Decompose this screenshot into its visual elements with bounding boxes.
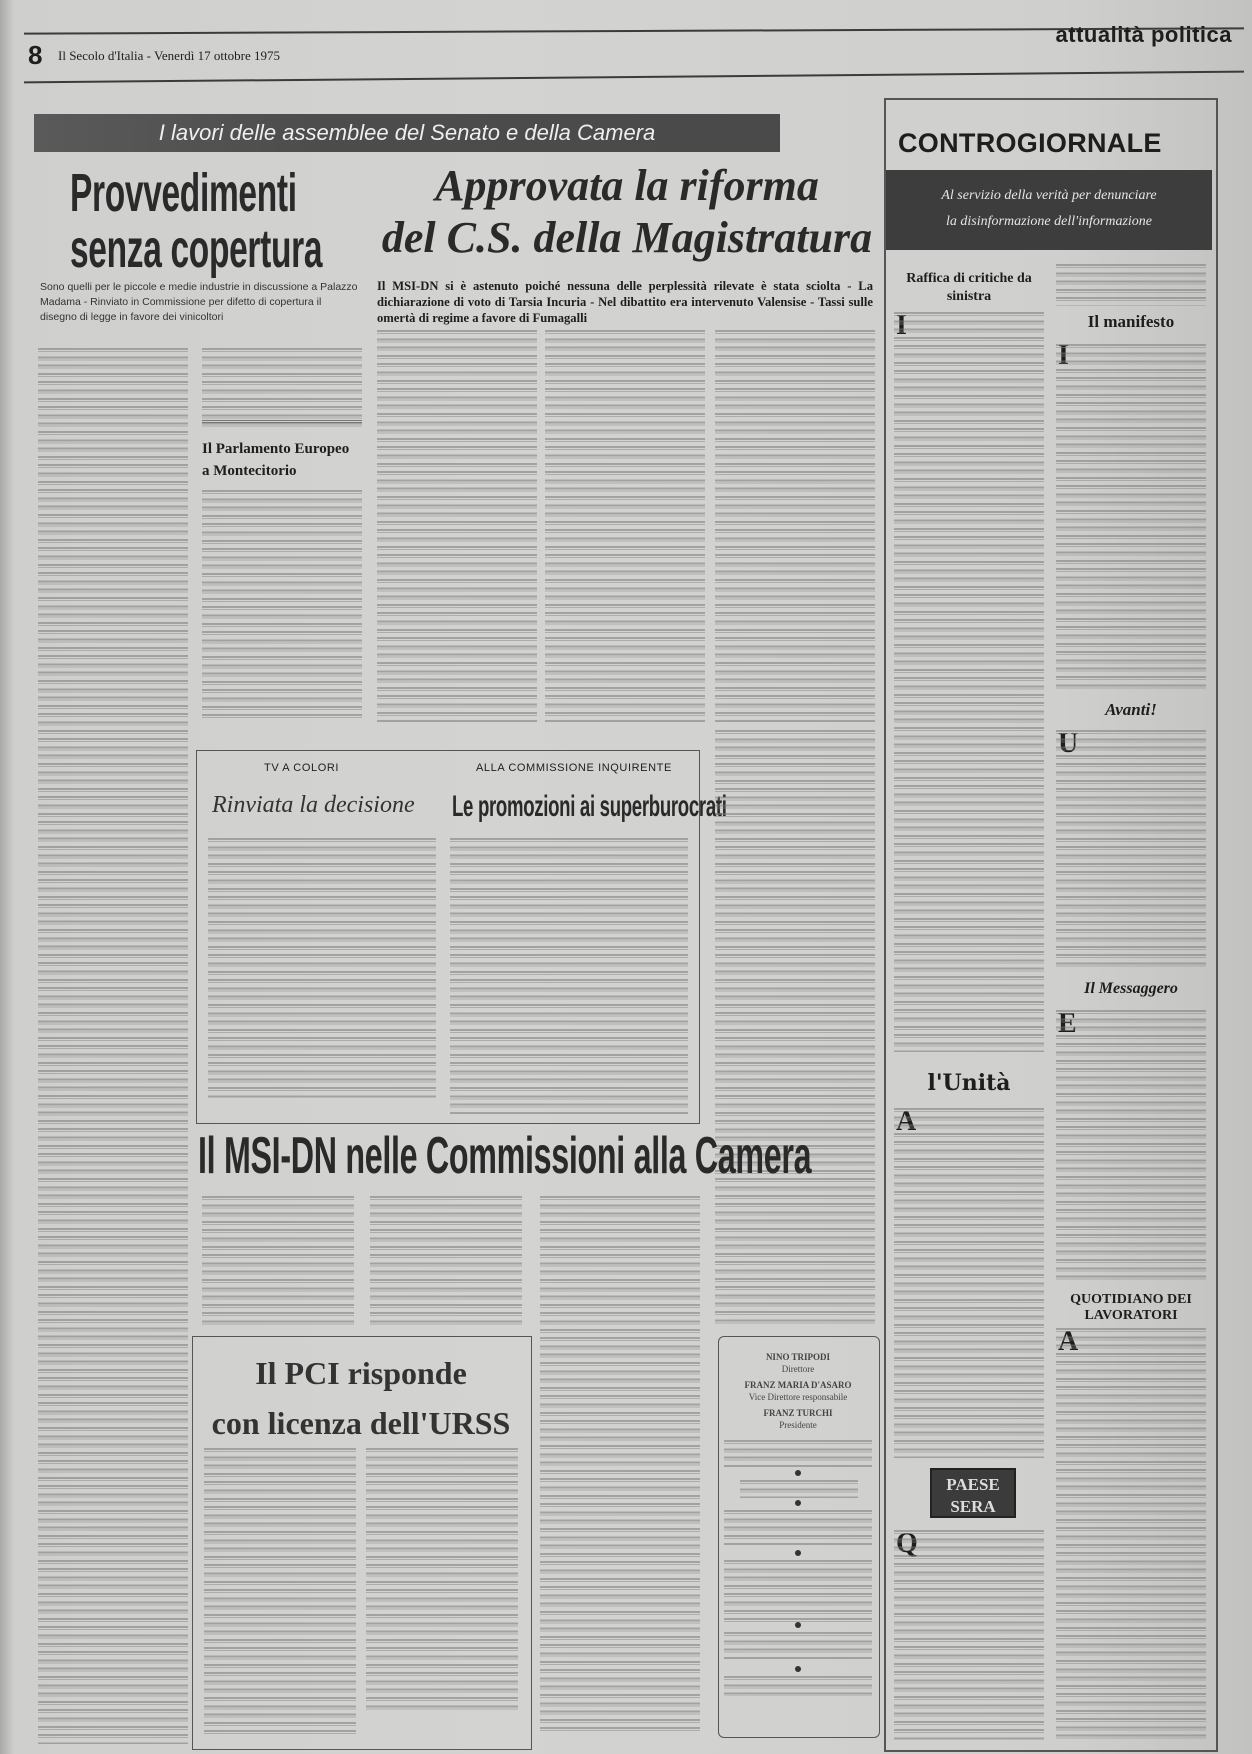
body-text-column [1056, 730, 1206, 970]
body-text-column [540, 1196, 700, 1732]
body-text-column [202, 348, 362, 428]
body-text-column [377, 330, 537, 722]
masthead-dateline: Il Secolo d'Italia - Venerdì 17 ottobre … [58, 48, 280, 64]
imprint-text [724, 1440, 872, 1468]
dek-provvedimenti: Sono quelli per le piccole e medie indus… [40, 280, 360, 325]
imprint-deputy-role: Vice Direttore responsabile [718, 1392, 878, 1402]
tagline-line: la disinformazione dell'informazione [886, 209, 1212, 235]
header-rule-bottom [24, 71, 1244, 84]
tagline-line: Al servizio della verità per denunciare [886, 183, 1212, 209]
bullet-icon [795, 1666, 801, 1672]
body-text-column [894, 1108, 1044, 1458]
body-text-column [202, 1196, 354, 1326]
body-text-column [366, 1448, 518, 1710]
headline-line: Approvata la riforma [372, 160, 882, 212]
imprint-third-role: Presidente [718, 1420, 878, 1430]
heading-unita: l'Unità [894, 1070, 1044, 1096]
body-text-column [1056, 1328, 1206, 1740]
page-number: 8 [28, 40, 42, 71]
kicker-commissione-inquirente: ALLA COMMISSIONE INQUIRENTE [476, 762, 672, 774]
headline-pci: Il PCI risponde con licenza dell'URSS [196, 1348, 526, 1448]
headline-line: Il Parlamento Europeo [202, 438, 349, 460]
body-text-column [208, 838, 436, 1098]
headline-line: senza copertura [70, 221, 322, 277]
heading-messaggero: Il Messaggero [1056, 980, 1206, 998]
divider [202, 420, 362, 423]
imprint-text [724, 1676, 872, 1696]
section-banner: I lavori delle assemblee del Senato e de… [34, 114, 780, 152]
body-text-column [715, 730, 875, 1326]
controgiornale-title: CONTROGIORNALE [898, 128, 1162, 159]
heading-manifesto: Il manifesto [1056, 312, 1206, 332]
headline-rinviata: Rinviata la decisione [212, 792, 415, 819]
body-text-column [545, 330, 705, 722]
body-text-column [38, 348, 188, 1744]
body-text-column [450, 838, 688, 1114]
headline-promozioni: Le promozioni ai superburocrati [452, 790, 727, 824]
headline-line: del C.S. della Magistratura [372, 212, 882, 264]
body-text-column [1056, 264, 1206, 306]
headline-provvedimenti: Provvedimenti senza copertura [70, 165, 322, 277]
imprint-text [724, 1632, 872, 1660]
heading-avanti: Avanti! [1056, 700, 1206, 720]
headline-line: Provvedimenti [70, 165, 322, 221]
newspaper-page: 8 Il Secolo d'Italia - Venerdì 17 ottobr… [0, 0, 1252, 1754]
bullet-icon [795, 1500, 801, 1506]
section-title: attualità politica [1056, 22, 1232, 48]
body-text-column [202, 490, 362, 722]
body-text-column [1056, 1010, 1206, 1280]
heading-raffica: Raffica di critiche da sinistra [894, 270, 1044, 306]
bullet-icon [795, 1470, 801, 1476]
headline-line: a Montecitorio [202, 460, 349, 482]
imprint-director-role: Direttore [718, 1364, 878, 1374]
kicker-tv-colori: TV A COLORI [264, 762, 339, 774]
headline-msi-commissioni: Il MSI-DN nelle Commissioni alla Camera [198, 1126, 811, 1186]
logo-paese-sera: PAESE SERA [930, 1468, 1016, 1518]
body-text-column [1056, 344, 1206, 690]
headline-line: Il PCI risponde [196, 1348, 526, 1398]
body-text-column [715, 330, 875, 722]
body-text-column [894, 1530, 1044, 1740]
imprint-director: NINO TRIPODI [718, 1352, 878, 1362]
imprint-third: FRANZ TURCHI [718, 1408, 878, 1418]
headline-line: con licenza dell'URSS [196, 1398, 526, 1448]
controgiornale-tagline: Al servizio della verità per denunciare … [886, 170, 1212, 250]
body-text-column [204, 1448, 356, 1734]
headline-riforma: Approvata la riforma del C.S. della Magi… [372, 160, 882, 264]
imprint-text [740, 1480, 858, 1498]
body-text-column [370, 1196, 522, 1326]
dek-riforma: Il MSI-DN si è astenuto poiché nessuna d… [377, 278, 873, 326]
imprint-text [724, 1510, 872, 1546]
body-text-column [894, 312, 1044, 1052]
bullet-icon [795, 1550, 801, 1556]
imprint-deputy: FRANZ MARIA D'ASARO [718, 1380, 878, 1390]
imprint-text [724, 1560, 872, 1624]
bullet-icon [795, 1622, 801, 1628]
heading-quotidiano-lavoratori: QUOTIDIANO DEI LAVORATORI [1056, 1292, 1206, 1324]
headline-parlamento-europeo: Il Parlamento Europeo a Montecitorio [202, 438, 349, 482]
